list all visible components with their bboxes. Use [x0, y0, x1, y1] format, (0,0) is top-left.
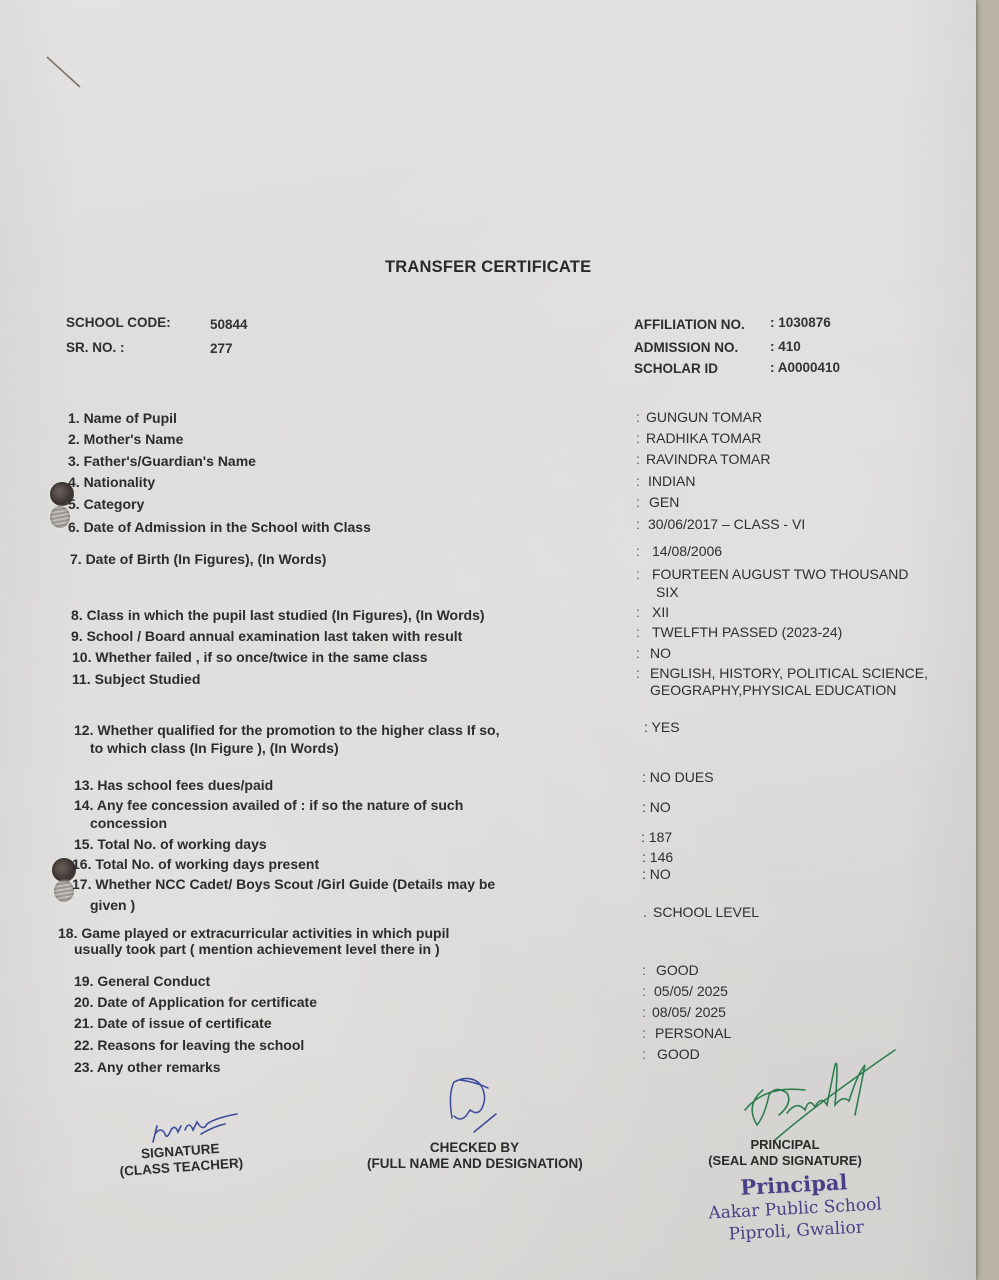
field-value-days-present: : 146 [642, 849, 673, 866]
field-value-date-of-application: :05/05/ 2025 [642, 983, 728, 1000]
field-label-fathers-name: 3. Father's/Guardian's Name [68, 452, 256, 470]
field-label-promotion: 12. Whether qualified for the promotion … [74, 721, 499, 739]
field-value-subjects-cont: GEOGRAPHY,PHYSICAL EDUCATION [650, 682, 896, 699]
field-value-general-conduct: :GOOD [642, 962, 699, 979]
field-value-fees: : NO DUES [642, 769, 714, 786]
principal-stamp: Principal Aakar Public School Piproli, G… [698, 1167, 891, 1247]
certificate-page: TRANSFER CERTIFICATE SCHOOL CODE: 50844 … [0, 0, 976, 1280]
field-value-dob-words: :FOURTEEN AUGUST TWO THOUSAND [636, 566, 908, 583]
scholar-id-label: SCHOLAR ID [634, 361, 718, 376]
sr-no-label: SR. NO. : [66, 340, 125, 355]
field-label-category: 5. Category [68, 495, 144, 513]
punch-hole-reinforcement [54, 880, 74, 902]
document-title: TRANSFER CERTIFICATE [385, 258, 591, 277]
punch-hole-reinforcement [50, 506, 70, 528]
affiliation-no-label: AFFILIATION NO. [634, 317, 745, 332]
field-value-fathers-name: :RAVINDRA TOMAR [636, 451, 770, 468]
field-value-dob-figures: :14/08/2006 [636, 543, 722, 560]
field-value-date-of-issue: :08/05/ 2025 [642, 1004, 726, 1021]
field-label-class-last-studied: 8. Class in which the pupil last studied… [71, 606, 485, 624]
scholar-id-value: : A0000410 [770, 360, 840, 375]
field-label-date-of-birth: 7. Date of Birth (In Figures), (In Words… [70, 550, 326, 568]
affiliation-no-value: : 1030876 [770, 315, 831, 330]
checked-by-signature [440, 1074, 520, 1134]
class-teacher-signature-label: SIGNATURE (CLASS TEACHER) [118, 1139, 244, 1180]
school-code-value: 50844 [210, 317, 248, 332]
field-value-whether-failed: :NO [636, 645, 671, 662]
field-label-date-of-admission: 6. Date of Admission in the School with … [68, 518, 371, 536]
field-label-date-of-application: 20. Date of Application for certificate [74, 993, 317, 1011]
field-label-whether-failed: 10. Whether failed , if so once/twice in… [72, 648, 428, 666]
field-value-mothers-name: :RADHIKA TOMAR [636, 430, 761, 447]
field-value-extracurricular: .SCHOOL LEVEL [643, 904, 759, 921]
admission-no-label: ADMISSION NO. [634, 340, 738, 355]
field-value-reason-leaving: :PERSONAL [642, 1025, 731, 1042]
field-label-date-of-issue: 21. Date of issue of certificate [74, 1014, 272, 1032]
field-label-reason-leaving: 22. Reasons for leaving the school [74, 1036, 304, 1054]
field-value-board-exam: :TWELFTH PASSED (2023-24) [636, 624, 842, 641]
field-value-nationality: :INDIAN [636, 473, 695, 490]
field-value-ncc: : NO [642, 866, 671, 883]
field-label-days-present: 16. Total No. of working days present [72, 855, 319, 873]
field-label-fees: 13. Has school fees dues/paid [74, 776, 273, 794]
checked-by-label: CHECKED BY (FULL NAME AND DESIGNATION) [367, 1140, 582, 1172]
field-label-mothers-name: 2. Mother's Name [68, 430, 183, 448]
field-value-category: :GEN [636, 494, 679, 511]
field-label-general-conduct: 19. General Conduct [74, 972, 210, 990]
field-value-name-of-pupil: :GUNGUN TOMAR [636, 409, 762, 426]
field-label-fee-concession-cont: concession [90, 814, 167, 832]
field-label-subjects: 11. Subject Studied [72, 670, 200, 688]
field-label-board-exam: 9. School / Board annual examination las… [71, 627, 462, 645]
field-label-extracurricular-cont: usually took part ( mention achievement … [74, 940, 440, 958]
field-value-promotion: : YES [644, 719, 680, 736]
field-label-other-remarks: 23. Any other remarks [74, 1058, 221, 1076]
field-value-other-remarks: :GOOD [642, 1046, 700, 1063]
field-label-promotion-cont: to which class (In Figure ), (In Words) [90, 739, 339, 757]
field-label-name-of-pupil: 1. Name of Pupil [68, 409, 177, 427]
school-code-label: SCHOOL CODE: [66, 315, 171, 330]
sr-no-value: 277 [210, 341, 233, 356]
field-value-subjects: :ENGLISH, HISTORY, POLITICAL SCIENCE, [636, 665, 928, 682]
field-label-ncc-cont: given ) [90, 896, 135, 914]
crease-mark [45, 55, 85, 95]
field-value-dob-words-cont: SIX [656, 584, 679, 601]
field-value-working-days: : 187 [641, 829, 672, 846]
field-label-fee-concession: 14. Any fee concession availed of : if s… [74, 796, 463, 814]
field-value-fee-concession: : NO [642, 799, 671, 816]
admission-no-value: : 410 [770, 339, 801, 354]
field-label-ncc: 17. Whether NCC Cadet/ Boys Scout /Girl … [72, 875, 495, 893]
principal-signature-label: PRINCIPAL (SEAL AND SIGNATURE) [700, 1137, 870, 1169]
field-value-class-last-studied: :XII [636, 604, 669, 621]
field-label-working-days: 15. Total No. of working days [74, 835, 267, 853]
field-value-date-of-admission: :30/06/2017 – CLASS - VI [636, 516, 805, 533]
field-label-nationality: 4. Nationality [68, 473, 155, 491]
